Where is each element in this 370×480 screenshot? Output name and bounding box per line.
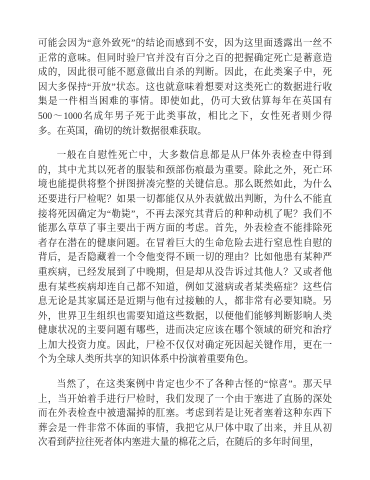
text-line: 还要进行尸检呢？如果一切都能仅从外表就做出判断，为什么不能直 (38, 193, 332, 208)
text-line: 个为全球人类所共享的知识体系中扮演着重要角色。 (38, 353, 332, 368)
paragraph: 可能会因为“意外致死”的结论而感到不安，因为这里面透露出一丝不正常的意味。但同时… (38, 37, 332, 139)
text-line: 境也能提供将整个拼图拼凑完整的关键信息。那么既然如此，为什么 (38, 178, 332, 193)
text-line: 次看到萨拉往死者体内塞进大量的棉花之后，在随后的多年时间里， (38, 436, 332, 451)
text-line: 能那么草草了事主要出于两方面的考虑。首先，外表检查不能排除死 (38, 222, 332, 237)
paragraph: 一般在自慰性死亡中，大多数信息都是从尸体外表检查中得到的，其中尤其以死者的服装和… (38, 149, 332, 368)
text-block: 可能会因为“意外致死”的结论而感到不安，因为这里面透露出一丝不正常的意味。但同时… (38, 37, 332, 451)
text-line: 多。在英国，确切的统计数据很难获取。 (38, 125, 332, 140)
text-line: 患有某些疾病却连自己都不知道，例如艾滋病或者某类癌症？这些信 (38, 281, 332, 296)
text-line: 一般在自慰性死亡中，大多数信息都是从尸体外表检查中得到 (38, 149, 332, 164)
text-line: 息无论是其家属还是近期与他有过接触的人，都非常有必要知晓。另 (38, 295, 332, 310)
text-line: 者存在潜在的健康问题。在冒着巨大的生命危险去进行窒息性自慰的 (38, 237, 332, 252)
text-line: 重疾病，已经发展到了中晚期，但是却从没告诉过其他人？又或者他 (38, 266, 332, 281)
text-line: 集是一件相当困难的事情。即使如此，仍可大致估算每年在英国有 (38, 95, 332, 110)
text-line: 葬会是一件非常不体面的事情，我把它从尸体中取了出来，并且从初 (38, 422, 332, 437)
text-line: 500～1000名成年男子死于此类事故，相比之下，女性死者则少得 (38, 110, 332, 125)
text-line: 接将死因确定为“勒毙”，不再去深究其背后的种种动机了呢？我们不 (38, 208, 332, 223)
book-page: 可能会因为“意外致死”的结论而感到不安，因为这里面透露出一丝不正常的意味。但同时… (0, 0, 370, 480)
text-line: 因大多保持“开放”状态。这也就意味着想要对这类死亡的数据进行收 (38, 81, 332, 96)
text-line: 背后，是否隐藏着一个令他变得不顾一切的理由？比如他患有某种严 (38, 251, 332, 266)
text-line: 外，世界卫生组织也需要知道这些数据，以便他们能够判断影响人类 (38, 310, 332, 325)
text-line: 成的，因此很可能不愿意做出自杀的判断。因此，在此类案子中，死 (38, 66, 332, 81)
text-line: 可能会因为“意外致死”的结论而感到不安，因为这里面透露出一丝不 (38, 37, 332, 52)
text-line: 而在外表检查中被遗漏掉的肛塞。考虑到若是让死者塞着这种东西下 (38, 407, 332, 422)
text-line: 正常的意味。但同时验尸官并没有百分之百的把握确定死亡是蓄意造 (38, 52, 332, 67)
text-line: 的，其中尤其以死者的服装和颈部伤痕最为重要。除此之外，死亡环 (38, 164, 332, 179)
text-line: 健康状况的主要问题有哪些，进而决定应该在哪个领域的研究和治疗 (38, 324, 332, 339)
text-line: 当然了，在这类案例中肯定也少不了各种古怪的“惊喜”。那天早 (38, 378, 332, 393)
text-line: 上加大投资力度。因此，尸检不仅仅对确定死因起关键作用，更在一 (38, 339, 332, 354)
paragraph: 当然了，在这类案例中肯定也少不了各种古怪的“惊喜”。那天早上，当开始着手进行尸检… (38, 378, 332, 451)
text-line: 上，当开始着手进行尸检时，我们发现了一个由于塞进了直肠的深处 (38, 393, 332, 408)
